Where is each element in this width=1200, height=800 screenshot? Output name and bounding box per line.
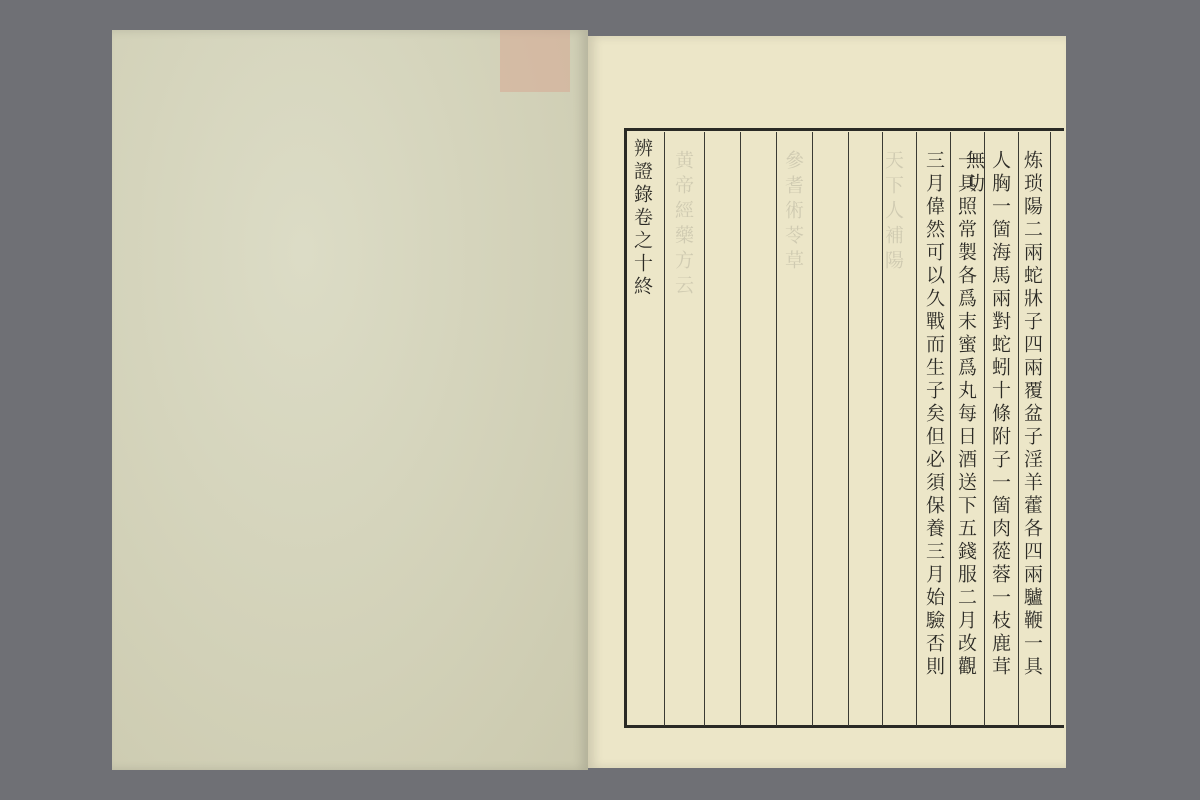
- column-rule: [1050, 132, 1051, 726]
- column-rule: [1018, 132, 1019, 726]
- column-rule: [704, 132, 705, 726]
- bleed-through-text: 天下人補陽: [880, 150, 907, 275]
- text-column: 炼琐陽二兩蛇牀子四兩覆盆子淫羊藿各四兩驢鞭一具: [1020, 150, 1044, 679]
- column-rule: [950, 132, 951, 726]
- seal-stamp: [500, 30, 570, 92]
- bleed-through-text: 黄帝經藥方云: [670, 150, 697, 300]
- column-rule: [776, 132, 777, 726]
- left-page: [112, 30, 588, 770]
- text-column-end: 無功: [962, 150, 986, 196]
- column-rule: [812, 132, 813, 726]
- text-column: 一具照常製各爲末蜜爲丸每日酒送下五錢服二月改觀: [954, 150, 978, 679]
- column-rule: [740, 132, 741, 726]
- column-rule: [848, 132, 849, 726]
- text-column: 人胸一箇海馬兩對蛇蚓十條附子一箇肉蓯蓉一枝鹿茸: [988, 150, 1012, 679]
- column-rule: [916, 132, 917, 726]
- column-rule: [984, 132, 985, 726]
- text-column: 三月偉然可以久戰而生子矣但必須保養三月始驗否則: [922, 150, 946, 679]
- title-column: 辨證錄卷之十終: [630, 138, 654, 299]
- bleed-through-text: 參耆術苓草: [780, 150, 807, 275]
- column-rule: [664, 132, 665, 726]
